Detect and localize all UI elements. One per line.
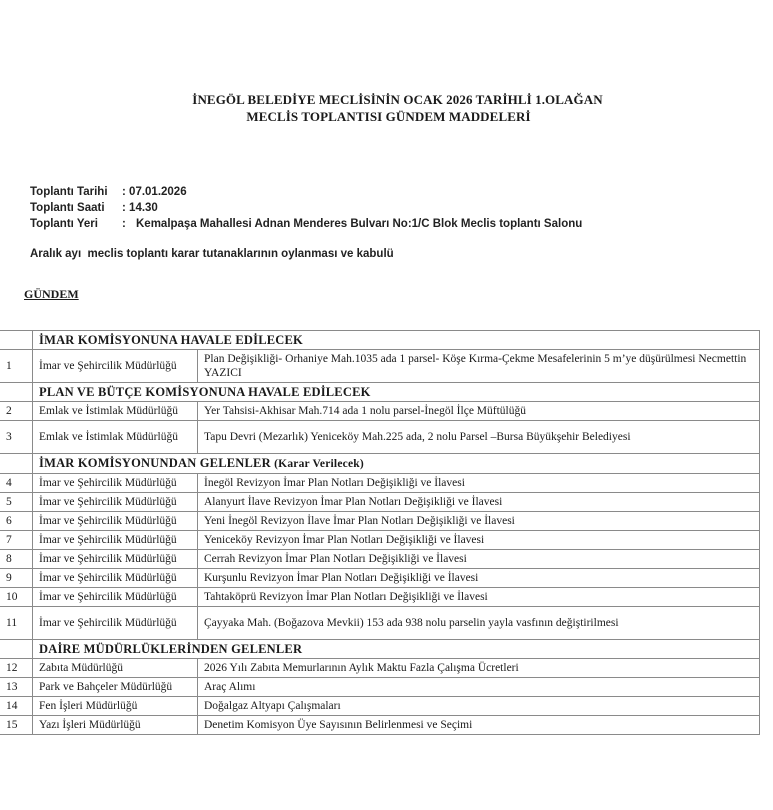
minutes-approval-note: Aralık ayı meclis toplantı karar tutanak… (30, 248, 394, 260)
meeting-time-separator: : (122, 202, 126, 214)
agenda-item-row: 10İmar ve Şehircilik MüdürlüğüTahtaköprü… (0, 588, 760, 607)
item-number: 12 (0, 659, 33, 678)
meeting-time-row: Toplantı Saati: 14.30 (30, 200, 582, 216)
agenda-heading: GÜNDEM (24, 287, 79, 302)
item-number: 1 (0, 350, 33, 383)
agenda-item-row: 6İmar ve Şehircilik MüdürlüğüYeni İnegöl… (0, 512, 760, 531)
item-subject: Yer Tahsisi-Akhisar Mah.714 ada 1 nolu p… (198, 402, 760, 421)
meeting-place-label: Toplantı Yeri (30, 216, 122, 232)
agenda-item-row: 15Yazı İşleri MüdürlüğüDenetim Komisyon … (0, 716, 760, 735)
meeting-place-separator: : (122, 216, 136, 232)
item-department: Emlak ve İstimlak Müdürlüğü (33, 402, 198, 421)
agenda-item-row: 4İmar ve Şehircilik Müdürlüğüİnegöl Revi… (0, 474, 760, 493)
item-department: Fen İşleri Müdürlüğü (33, 697, 198, 716)
meeting-date-row: Toplantı Tarihi: 07.01.2026 (30, 184, 582, 200)
item-subject: Yeni İnegöl Revizyon İlave İmar Plan Not… (198, 512, 760, 531)
document-title-line2: MECLİS TOPLANTISI GÜNDEM MADDELERİ (0, 108, 773, 125)
agenda-item-row: 13Park ve Bahçeler MüdürlüğüAraç Alımı (0, 678, 760, 697)
section-header-row: İMAR KOMİSYONUNDAN GELENLER (Karar Veril… (0, 454, 760, 474)
item-department: Yazı İşleri Müdürlüğü (33, 716, 198, 735)
item-subject: Araç Alımı (198, 678, 760, 697)
meeting-time-value: 14.30 (129, 202, 158, 214)
section-title: İMAR KOMİSYONUNDAN GELENLER (Karar Veril… (33, 454, 760, 474)
document-title: İNEGÖL BELEDİYE MECLİSİNİN OCAK 2026 TAR… (0, 91, 773, 125)
section-title-text: İMAR KOMİSYONUNDAN GELENLER (39, 456, 271, 470)
item-number: 15 (0, 716, 33, 735)
item-department: Park ve Bahçeler Müdürlüğü (33, 678, 198, 697)
section-header-row: İMAR KOMİSYONUNA HAVALE EDİLECEK (0, 331, 760, 350)
item-subject: Tahtaköprü Revizyon İmar Plan Notları De… (198, 588, 760, 607)
meeting-place-value: Kemalpaşa Mahallesi Adnan Menderes Bulva… (136, 218, 582, 230)
agenda-table: İMAR KOMİSYONUNA HAVALE EDİLECEK1İmar ve… (0, 330, 760, 735)
meeting-date-separator: : (122, 186, 126, 198)
section-subtitle: (Karar Verilecek) (274, 458, 364, 470)
meeting-info: Toplantı Tarihi: 07.01.2026 Toplantı Saa… (30, 184, 582, 232)
item-department: İmar ve Şehircilik Müdürlüğü (33, 550, 198, 569)
agenda-item-row: 11İmar ve Şehircilik MüdürlüğüÇayyaka Ma… (0, 607, 760, 640)
document-title-line1: İNEGÖL BELEDİYE MECLİSİNİN OCAK 2026 TAR… (0, 91, 773, 108)
item-number: 6 (0, 512, 33, 531)
item-subject: Plan Değişikliği- Orhaniye Mah.1035 ada … (198, 350, 760, 383)
section-title-text: DAİRE MÜDÜRLÜKLERİNDEN GELENLER (39, 642, 302, 656)
item-department: İmar ve Şehircilik Müdürlüğü (33, 569, 198, 588)
item-department: İmar ve Şehircilik Müdürlüğü (33, 512, 198, 531)
agenda-item-row: 14Fen İşleri MüdürlüğüDoğalgaz Altyapı Ç… (0, 697, 760, 716)
agenda-item-row: 12Zabıta Müdürlüğü2026 Yılı Zabıta Memur… (0, 659, 760, 678)
item-department: İmar ve Şehircilik Müdürlüğü (33, 588, 198, 607)
agenda-item-row: 3Emlak ve İstimlak MüdürlüğüTapu Devri (… (0, 421, 760, 454)
item-department: İmar ve Şehircilik Müdürlüğü (33, 350, 198, 383)
item-number: 9 (0, 569, 33, 588)
item-subject: Cerrah Revizyon İmar Plan Notları Değişi… (198, 550, 760, 569)
item-number: 3 (0, 421, 33, 454)
section-number-cell (0, 454, 33, 474)
agenda-item-row: 8İmar ve Şehircilik MüdürlüğüCerrah Revi… (0, 550, 760, 569)
agenda-item-row: 2Emlak ve İstimlak MüdürlüğüYer Tahsisi-… (0, 402, 760, 421)
item-subject: Yeniceköy Revizyon İmar Plan Notları Değ… (198, 531, 760, 550)
item-subject: 2026 Yılı Zabıta Memurlarının Aylık Makt… (198, 659, 760, 678)
item-number: 11 (0, 607, 33, 640)
section-title: DAİRE MÜDÜRLÜKLERİNDEN GELENLER (33, 640, 760, 659)
section-title: PLAN VE BÜTÇE KOMİSYONUNA HAVALE EDİLECE… (33, 383, 760, 402)
section-header-row: PLAN VE BÜTÇE KOMİSYONUNA HAVALE EDİLECE… (0, 383, 760, 402)
item-department: İmar ve Şehircilik Müdürlüğü (33, 531, 198, 550)
item-number: 5 (0, 493, 33, 512)
section-title: İMAR KOMİSYONUNA HAVALE EDİLECEK (33, 331, 760, 350)
item-number: 4 (0, 474, 33, 493)
meeting-date-label: Toplantı Tarihi (30, 184, 122, 200)
item-number: 8 (0, 550, 33, 569)
item-subject: Kurşunlu Revizyon İmar Plan Notları Deği… (198, 569, 760, 588)
agenda-item-row: 9İmar ve Şehircilik MüdürlüğüKurşunlu Re… (0, 569, 760, 588)
item-subject: İnegöl Revizyon İmar Plan Notları Değişi… (198, 474, 760, 493)
item-number: 10 (0, 588, 33, 607)
section-number-cell (0, 331, 33, 350)
meeting-date-value: 07.01.2026 (129, 186, 187, 198)
item-department: İmar ve Şehircilik Müdürlüğü (33, 607, 198, 640)
item-number: 7 (0, 531, 33, 550)
meeting-time-label: Toplantı Saati (30, 200, 122, 216)
section-header-row: DAİRE MÜDÜRLÜKLERİNDEN GELENLER (0, 640, 760, 659)
section-number-cell (0, 383, 33, 402)
item-department: İmar ve Şehircilik Müdürlüğü (33, 493, 198, 512)
item-number: 14 (0, 697, 33, 716)
item-department: İmar ve Şehircilik Müdürlüğü (33, 474, 198, 493)
item-department: Zabıta Müdürlüğü (33, 659, 198, 678)
item-subject: Tapu Devri (Mezarlık) Yeniceköy Mah.225 … (198, 421, 760, 454)
meeting-place-row: Toplantı Yeri:Kemalpaşa Mahallesi Adnan … (30, 216, 582, 232)
agenda-item-row: 5İmar ve Şehircilik MüdürlüğüAlanyurt İl… (0, 493, 760, 512)
item-subject: Alanyurt İlave Revizyon İmar Plan Notlar… (198, 493, 760, 512)
section-title-text: İMAR KOMİSYONUNA HAVALE EDİLECEK (39, 333, 303, 347)
agenda-item-row: 1İmar ve Şehircilik MüdürlüğüPlan Değişi… (0, 350, 760, 383)
item-department: Emlak ve İstimlak Müdürlüğü (33, 421, 198, 454)
item-subject: Doğalgaz Altyapı Çalışmaları (198, 697, 760, 716)
agenda-item-row: 7İmar ve Şehircilik MüdürlüğüYeniceköy R… (0, 531, 760, 550)
item-number: 13 (0, 678, 33, 697)
item-number: 2 (0, 402, 33, 421)
item-subject: Denetim Komisyon Üye Sayısının Belirlenm… (198, 716, 760, 735)
section-number-cell (0, 640, 33, 659)
section-title-text: PLAN VE BÜTÇE KOMİSYONUNA HAVALE EDİLECE… (39, 385, 371, 399)
item-subject: Çayyaka Mah. (Boğazova Mevkii) 153 ada 9… (198, 607, 760, 640)
